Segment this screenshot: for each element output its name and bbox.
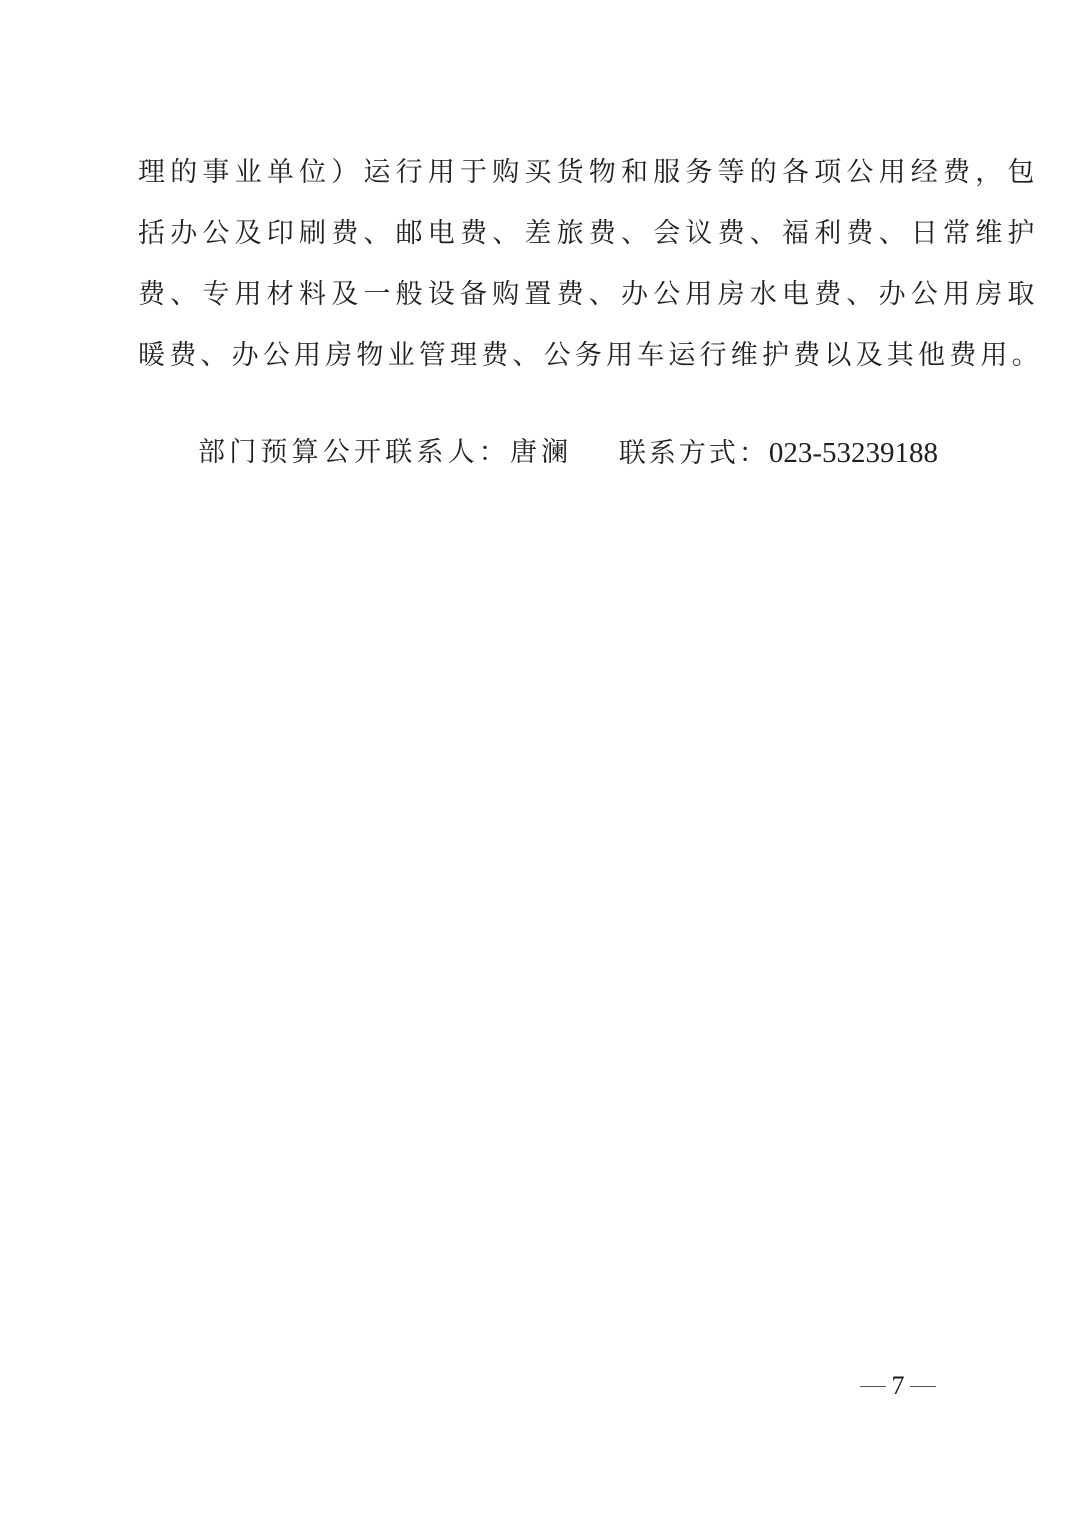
paragraph-line-1: 理的事业单位）运行用于购买货物和服务等的各项公用经费，包 (138, 148, 938, 209)
contact-person-label: 部门预算公开联系人： (198, 437, 510, 468)
paragraph-line-4: 暖费、办公用房物业管理费、公务用车运行维护费以及其他费用。 (138, 331, 938, 392)
page-number: 7 (860, 1366, 936, 1406)
page-number-dash-left (860, 1386, 886, 1387)
page-number-value: 7 (892, 1373, 905, 1399)
contact-person: 部门预算公开联系人：唐澜 (198, 428, 572, 478)
paragraph-line-2: 括办公及印刷费、邮电费、差旅费、会议费、福利费、日常维护 (138, 209, 938, 270)
paragraph-line-3: 费、专用材料及一般设备购置费、办公用房水电费、办公用房取 (138, 270, 938, 331)
contact-person-name: 唐澜 (510, 437, 572, 468)
body-paragraph: 理的事业单位）运行用于购买货物和服务等的各项公用经费，包 括办公及印刷费、邮电费… (138, 148, 938, 392)
page-number-dash-right (910, 1386, 936, 1387)
contact-info: 部门预算公开联系人：唐澜 联系方式：023-53239188 (198, 428, 938, 478)
contact-phone: 联系方式：023-53239188 (619, 428, 938, 479)
contact-phone-label: 联系方式： (619, 438, 769, 469)
contact-phone-number: 023-53239188 (769, 437, 938, 469)
document-page: 理的事业单位）运行用于购买货物和服务等的各项公用经费，包 括办公及印刷费、邮电费… (0, 0, 1074, 1520)
